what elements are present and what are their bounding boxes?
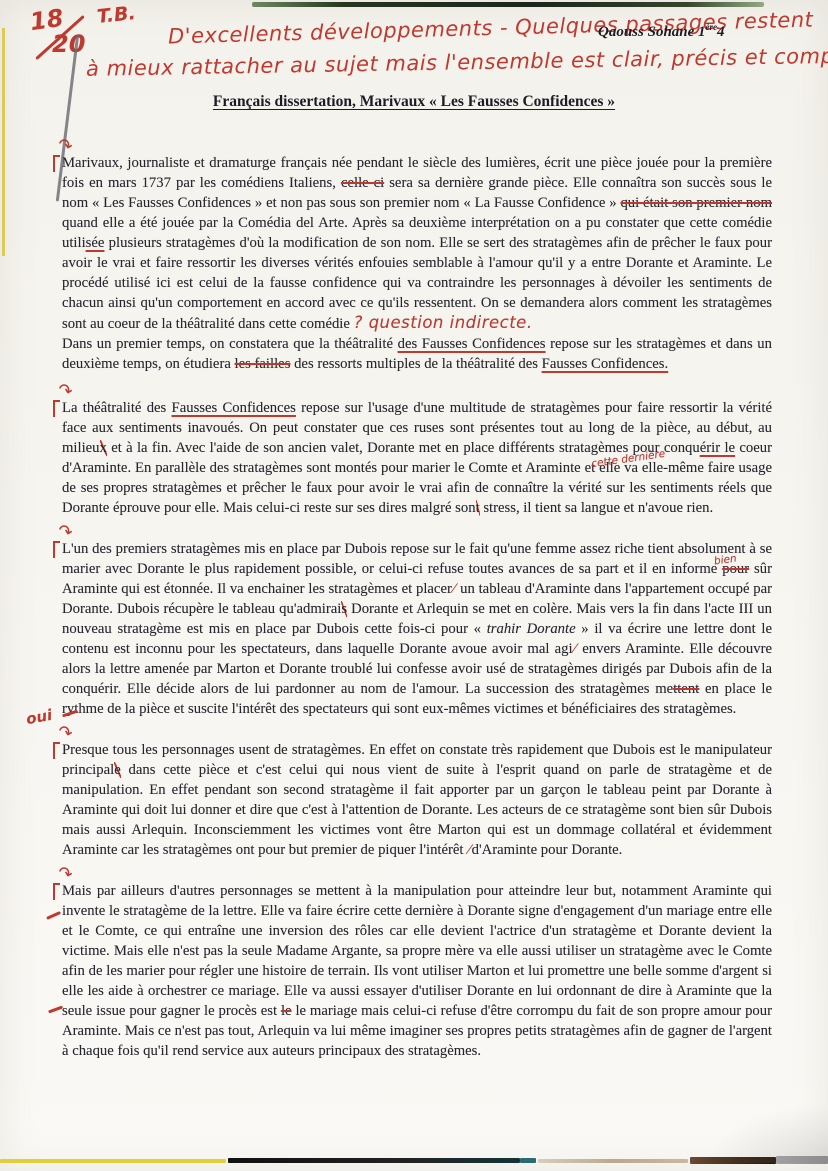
text-segment: des ressorts multiples de la théâtralité…: [290, 356, 541, 372]
scan-edge-bottom-segment: [538, 1159, 688, 1163]
corrected-word: bienpour: [722, 561, 749, 577]
student-name-superscript: ère: [706, 22, 718, 32]
ul-segment: sée: [86, 235, 105, 251]
intro-part-2: Dans un premier temps, on constatera que…: [62, 334, 772, 374]
text-segment: dans cette pièce et c'est celui qui nous…: [62, 762, 772, 858]
grade-denominator: 20: [52, 30, 85, 58]
scan-edge-bottom-segment: [0, 1159, 226, 1163]
scanned-essay-page: 18 20 T.B. D'excellents développements -…: [0, 0, 828, 1171]
curved-arrow-icon: ↷: [56, 380, 75, 403]
curved-arrow-icon: ↷: [56, 135, 75, 158]
essay-body: ↷Marivaux, journaliste et dramaturge fra…: [62, 153, 772, 1082]
text-segment: L'un des premiers stratagèmes mis en pla…: [62, 541, 772, 577]
teacher-comment-line2: à mieux rattacher au sujet mais l'ensemb…: [86, 43, 828, 81]
red-correction-note: bien: [713, 549, 738, 572]
curved-arrow-icon: ↷: [56, 722, 75, 745]
strike-segment: qui était son premier nom: [620, 195, 772, 211]
ul-segment: des Fausses Confidences: [398, 336, 546, 352]
student-name-main: Qaouss Sohane 1: [598, 24, 706, 40]
curved-arrow-icon: ↷: [56, 863, 75, 886]
scan-edge-bottom-segment: [228, 1158, 520, 1163]
scan-edge-bottom-segment: [520, 1158, 536, 1163]
i-segment: trahir Dorante: [487, 621, 576, 637]
scan-edge-left: [2, 28, 5, 256]
body-paragraph-1: ↷La théâtralité des Fausses Confidences …: [62, 398, 772, 518]
text-segment: stress, il tient sa langue et n'avoue ri…: [480, 500, 714, 516]
slash-segment: x: [100, 440, 107, 456]
ul-segment: Fausses Confidences: [172, 400, 296, 416]
ul-segment: Fausses Confidences.: [542, 356, 668, 372]
corrected-word: cette dernièreelle: [599, 460, 620, 476]
body-paragraph-4: ↷Mais par ailleurs d'autres personnages …: [62, 881, 772, 1061]
student-name-tail: 4: [717, 24, 725, 40]
text-segment: d'Araminte pour Dorante.: [472, 842, 623, 858]
margin-dash-mark: [46, 911, 61, 919]
body-paragraph-2: ↷L'un des premiers stratagèmes mis en pl…: [62, 539, 772, 719]
strike-segment: les failles: [235, 356, 291, 372]
ul-segment: érir le: [700, 440, 735, 456]
document-title: Français dissertation, Marivaux « Les Fa…: [0, 93, 828, 111]
student-name: Qaouss Sohane 1ère4: [598, 22, 725, 41]
margin-dash-mark: [48, 1006, 63, 1013]
text-segment: Dans un premier temps, on constatera que…: [62, 336, 398, 352]
note-segment: ? question indirecte.: [354, 313, 533, 332]
grade-mention: T.B.: [96, 2, 137, 28]
curved-arrow-icon: ↷: [56, 521, 75, 544]
strike-segment: le: [281, 1003, 292, 1019]
text-segment: Mais par ailleurs d'autres personnages s…: [62, 883, 772, 1019]
intro-part-1: ↷Marivaux, journaliste et dramaturge fra…: [62, 153, 772, 334]
strike-segment: ttent: [673, 681, 699, 697]
text-segment: La théâtralité des: [62, 400, 172, 416]
scan-edge-top: [252, 2, 764, 7]
body-paragraph-3: ↷Presque tous les personnages usent de s…: [62, 740, 772, 860]
margin-note-oui: oui: [25, 706, 54, 728]
paper-corner-shadow: [708, 1103, 828, 1163]
strike-segment: celle-ci: [341, 175, 384, 191]
